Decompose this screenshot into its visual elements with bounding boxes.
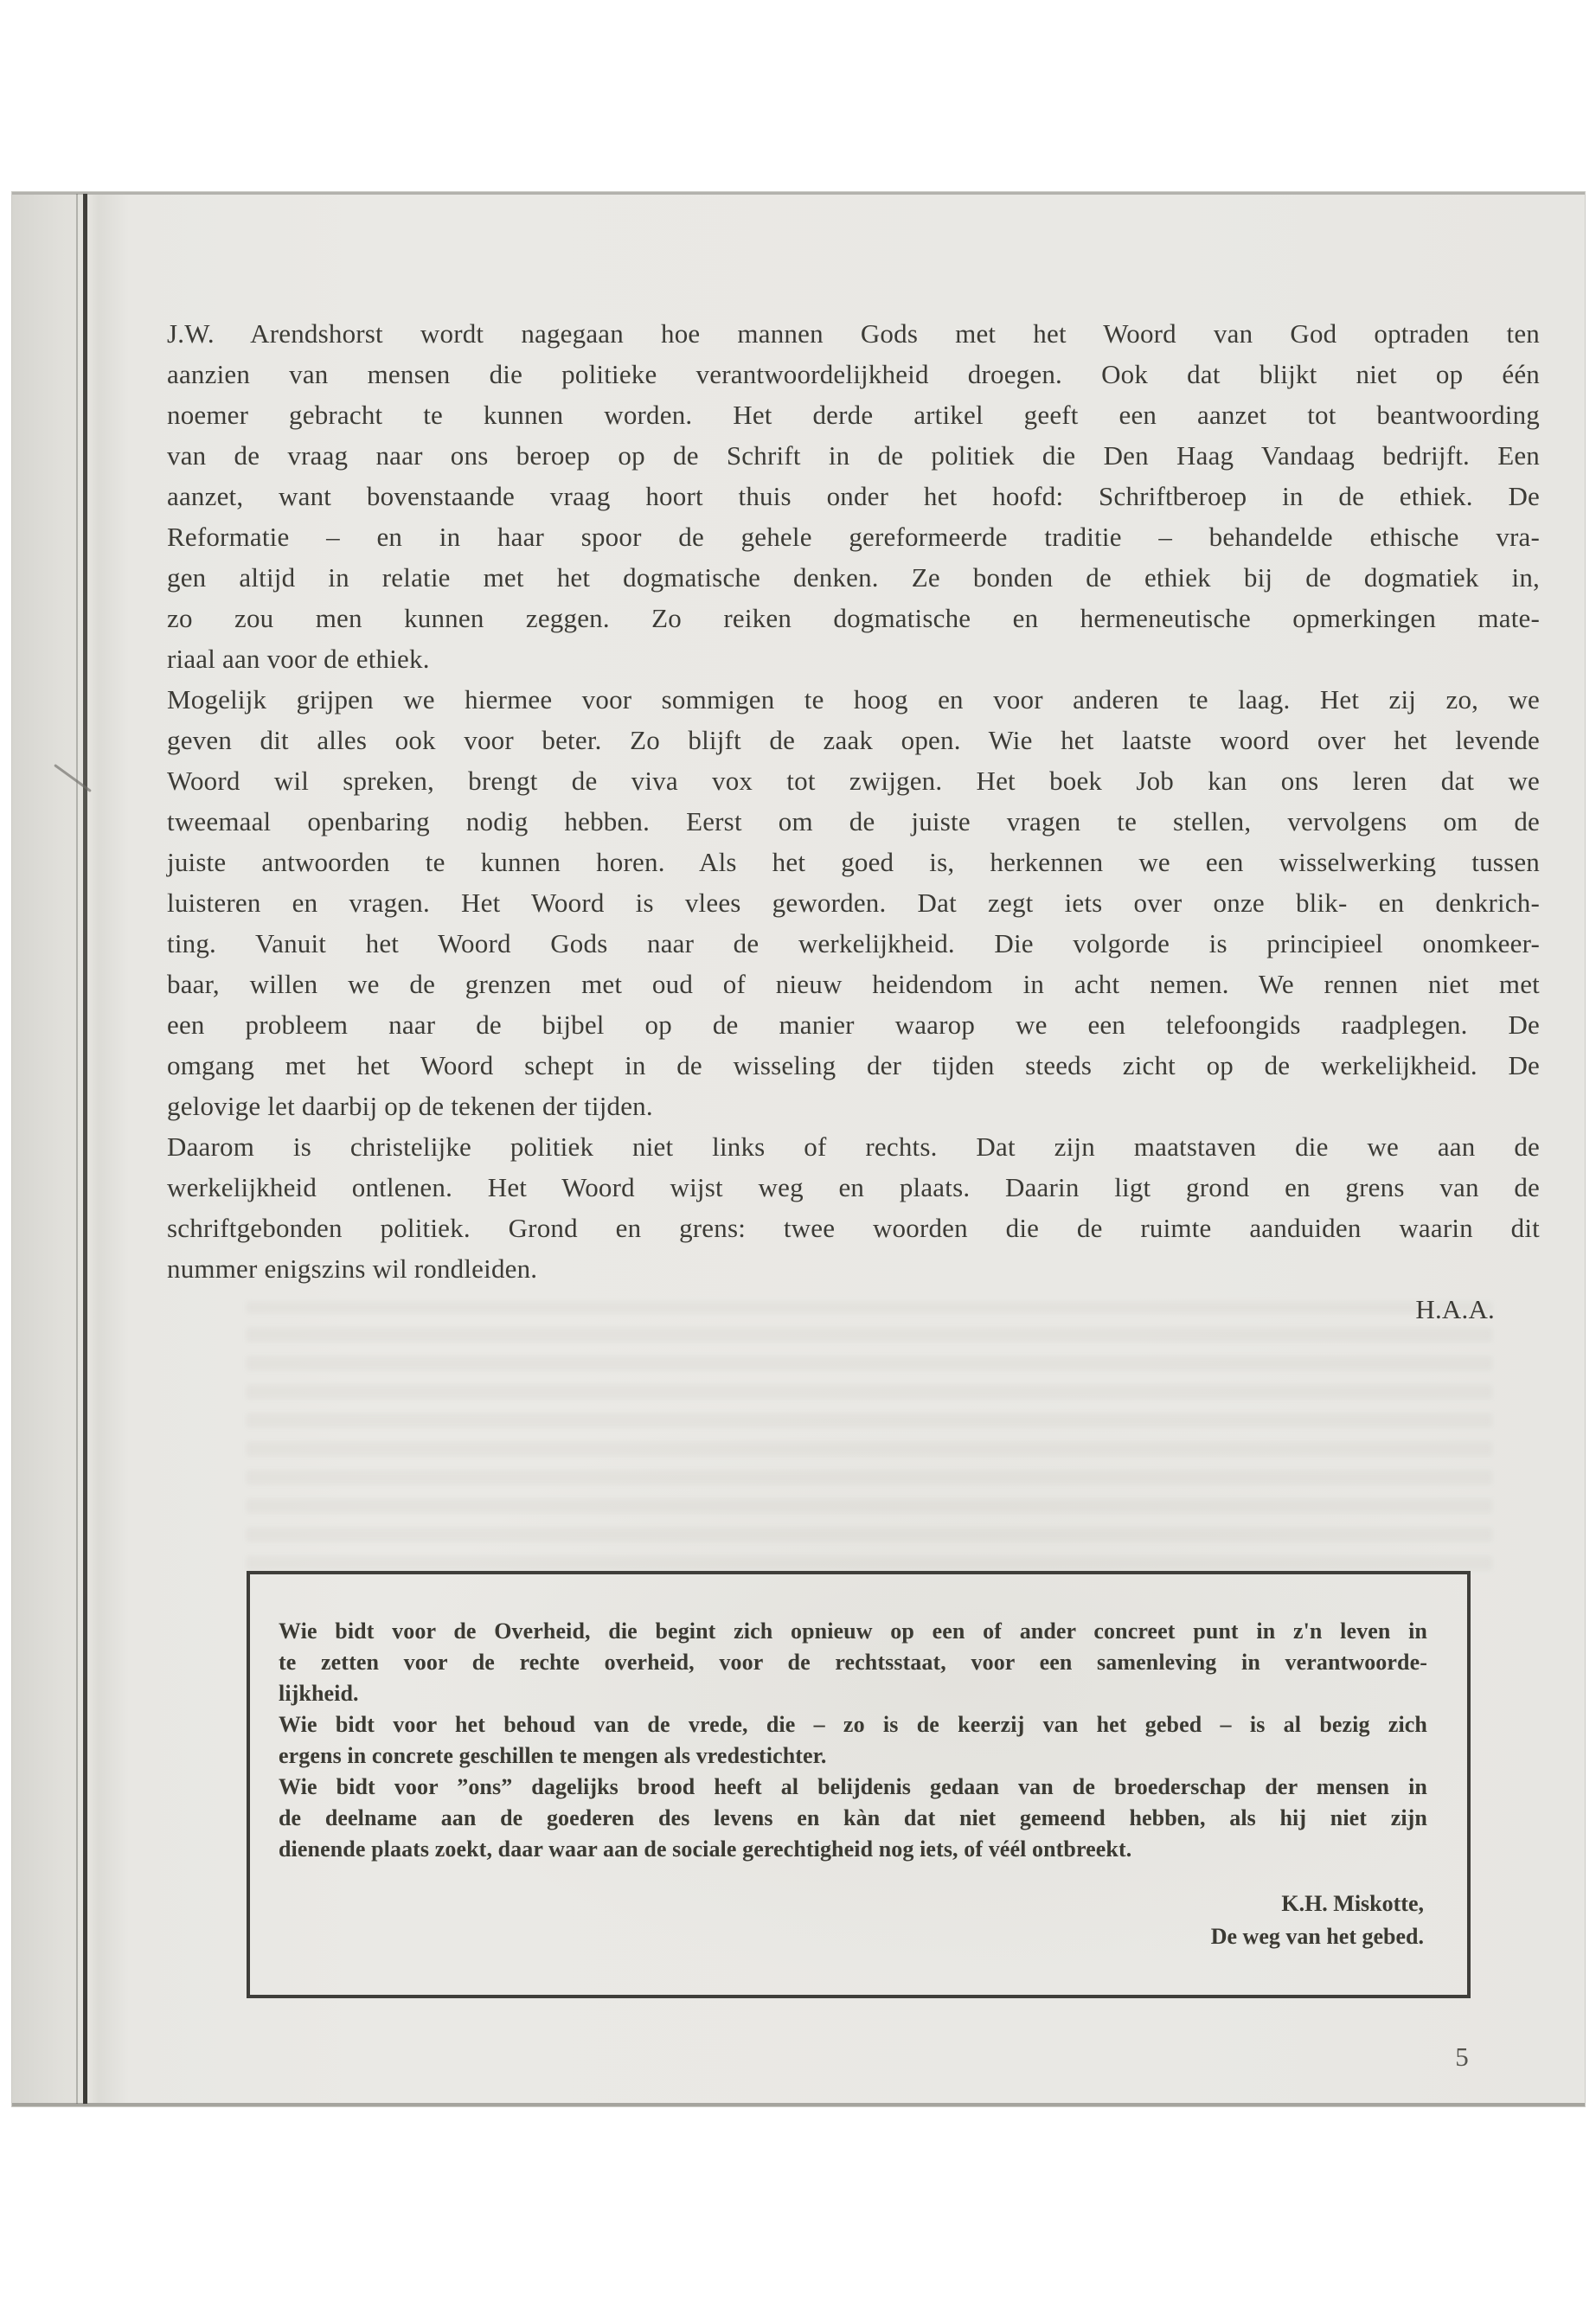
quote-line: lijkheid. bbox=[279, 1678, 1427, 1709]
quote-attribution-line: K.H. Miskotte, bbox=[250, 1888, 1424, 1920]
quote-attribution: K.H. Miskotte, De weg van het gebed. bbox=[250, 1888, 1424, 1953]
text-line: baar, willen we de grenzen met oud of ni… bbox=[167, 964, 1540, 1004]
text-line: schriftgebonden politiek. Grond en grens… bbox=[167, 1208, 1540, 1248]
quote-line: dienende plaats zoekt, daar waar aan de … bbox=[279, 1834, 1427, 1865]
text-line: Reformatie – en in haar spoor de gehele … bbox=[167, 516, 1540, 557]
quote-line: Wie bidt voor het behoud van de vrede, d… bbox=[279, 1709, 1427, 1740]
quote-line: ergens in concrete geschillen te mengen … bbox=[279, 1740, 1427, 1772]
text-line: noemer gebracht te kunnen worden. Het de… bbox=[167, 394, 1540, 435]
text-line: J.W. Arendshorst wordt nagegaan hoe mann… bbox=[167, 313, 1540, 354]
quote-attribution-line: De weg van het gebed. bbox=[250, 1920, 1424, 1953]
book-gutter-shadow bbox=[76, 194, 78, 2104]
text-line: omgang met het Woord schept in de wissel… bbox=[167, 1045, 1540, 1086]
author-initials: H.A.A. bbox=[167, 1289, 1540, 1330]
text-line: werkelijkheid ontlenen. Het Woord wijst … bbox=[167, 1167, 1540, 1208]
text-line: van de vraag naar ons beroep op de Schri… bbox=[167, 435, 1540, 476]
text-line: aanzet, want bovenstaande vraag hoort th… bbox=[167, 476, 1540, 516]
text-line: juiste antwoorden te kunnen horen. Als h… bbox=[167, 842, 1540, 882]
paragraph-last-line: nummer enigszins wil rondleiden. bbox=[167, 1248, 1540, 1289]
text-line: Woord wil spreken, brengt de viva vox to… bbox=[167, 760, 1540, 801]
text-line: een probleem naar de bijbel op de manier… bbox=[167, 1004, 1540, 1045]
quote-text: Wie bidt voor de Overheid, die begint zi… bbox=[279, 1616, 1427, 1865]
book-spine-line bbox=[83, 194, 87, 2104]
paragraph-last-line: riaal aan voor de ethiek. bbox=[167, 638, 1540, 679]
text-line: geven dit alles ook voor beter. Zo blijf… bbox=[167, 720, 1540, 760]
text-line: zo zou men kunnen zeggen. Zo reiken dogm… bbox=[167, 598, 1540, 638]
text-line: luisteren en vragen. Het Woord is vlees … bbox=[167, 882, 1540, 923]
text-line: Daarom is christelijke politiek niet lin… bbox=[167, 1126, 1540, 1167]
text-line: tweemaal openbaring nodig hebben. Eerst … bbox=[167, 801, 1540, 842]
ink-bleed-through bbox=[247, 1302, 1492, 1570]
quote-box: Wie bidt voor de Overheid, die begint zi… bbox=[247, 1571, 1471, 1998]
quote-line: Wie bidt voor de Overheid, die begint zi… bbox=[279, 1616, 1427, 1647]
text-line: Mogelijk grijpen we hiermee voor sommige… bbox=[167, 679, 1540, 720]
text-line: aanzien van mensen die politieke verantw… bbox=[167, 354, 1540, 394]
text-line: gen altijd in relatie met het dogmatisch… bbox=[167, 557, 1540, 598]
text-line: ting. Vanuit het Woord Gods naar de werk… bbox=[167, 923, 1540, 964]
paragraph-last-line: gelovige let daarbij op de tekenen der t… bbox=[167, 1086, 1540, 1126]
quote-line: Wie bidt voor ”ons” dagelijks brood heef… bbox=[279, 1772, 1427, 1803]
quote-line: de deelname aan de goederen des levens e… bbox=[279, 1803, 1427, 1834]
page-number: 5 bbox=[1432, 2041, 1492, 2073]
body-text: J.W. Arendshorst wordt nagegaan hoe mann… bbox=[167, 313, 1540, 1330]
quote-line: te zetten voor de rechte overheid, voor … bbox=[279, 1647, 1427, 1678]
